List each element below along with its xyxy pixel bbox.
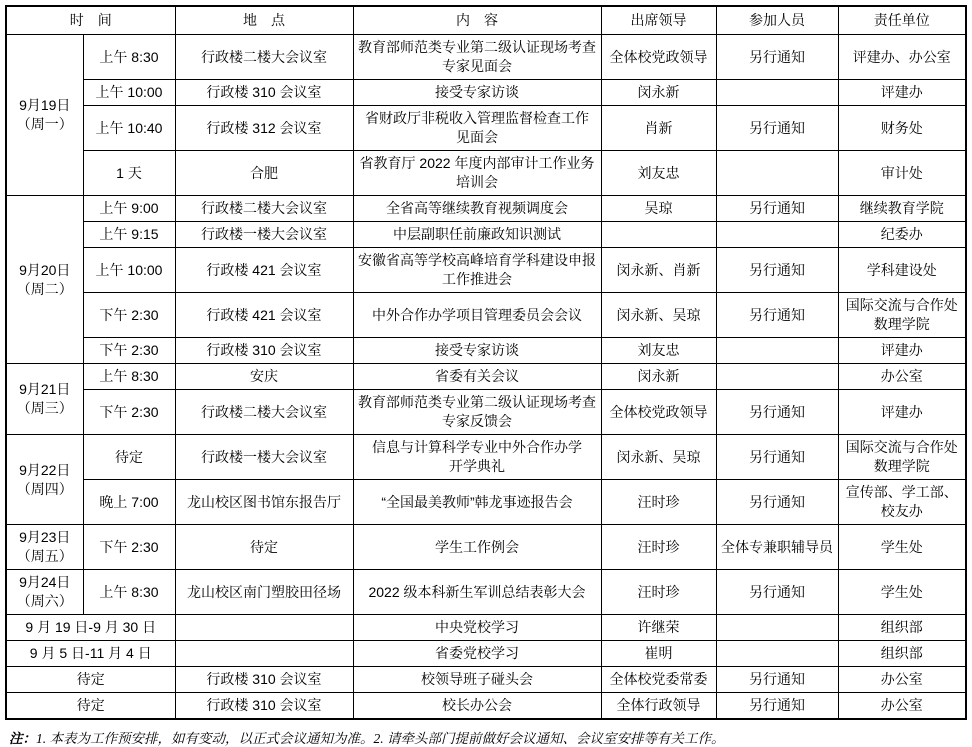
cell-time: 下午 2:30 <box>83 390 175 435</box>
cell-date: 9月20日 （周二） <box>6 196 83 364</box>
cell-place: 行政楼 312 会议室 <box>175 106 353 151</box>
cell-date: 9月21日 （周三） <box>6 364 83 435</box>
cell-place: 行政楼一楼大会议室 <box>175 222 353 248</box>
cell-content: “全国最美教师”韩龙事迹报告会 <box>353 480 601 525</box>
table-row: 下午 2:30 行政楼 421 会议室 中外合作办学项目管理委员会会议 闵永新、… <box>6 293 966 338</box>
cell-time: 下午 2:30 <box>83 293 175 338</box>
cell-unit: 学科建设处 <box>838 248 966 293</box>
table-row: 1 天 合肥 省教育厅 2022 年度内部审计工作业务 培训会 刘友忠 审计处 <box>6 151 966 196</box>
cell-place <box>175 641 353 667</box>
cell-date: 9月23日 （周五） <box>6 525 83 570</box>
col-header-participants: 参加人员 <box>716 6 838 35</box>
cell-content: 省委党校学习 <box>353 641 601 667</box>
cell-participants <box>716 641 838 667</box>
cell-participants: 另行通知 <box>716 390 838 435</box>
cell-content: 安徽省高等学校高峰培育学科建设申报 工作推进会 <box>353 248 601 293</box>
cell-leader: 全体校党委常委 <box>601 667 716 693</box>
cell-leader: 全体行政领导 <box>601 693 716 720</box>
cell-unit: 审计处 <box>838 151 966 196</box>
cell-place: 行政楼二楼大会议室 <box>175 196 353 222</box>
cell-unit: 国际交流与合作处 数理学院 <box>838 435 966 480</box>
cell-time: 晚上 7:00 <box>83 480 175 525</box>
table-row: 上午 9:15 行政楼一楼大会议室 中层副职任前廉政知识测试 纪委办 <box>6 222 966 248</box>
cell-place: 行政楼一楼大会议室 <box>175 435 353 480</box>
cell-timespan: 待定 <box>6 667 175 693</box>
cell-place: 安庆 <box>175 364 353 390</box>
cell-participants: 另行通知 <box>716 435 838 480</box>
cell-participants: 另行通知 <box>716 196 838 222</box>
cell-unit: 办公室 <box>838 667 966 693</box>
cell-unit: 评建办 <box>838 338 966 364</box>
cell-content: 学生工作例会 <box>353 525 601 570</box>
cell-unit: 评建办 <box>838 80 966 106</box>
cell-unit: 评建办 <box>838 390 966 435</box>
table-row: 上午 10:00 行政楼 421 会议室 安徽省高等学校高峰培育学科建设申报 工… <box>6 248 966 293</box>
table-row: 上午 10:40 行政楼 312 会议室 省财政厅非税收入管理监督检查工作 见面… <box>6 106 966 151</box>
cell-unit: 学生处 <box>838 570 966 615</box>
cell-leader: 闵永新、吴琼 <box>601 435 716 480</box>
cell-unit: 财务处 <box>838 106 966 151</box>
table-row: 9月21日 （周三） 上午 8:30 安庆 省委有关会议 闵永新 办公室 <box>6 364 966 390</box>
schedule-page: 时 间 地 点 内 容 出席领导 参加人员 责任单位 9月19日 （周一） 上午… <box>0 0 972 700</box>
cell-content: 省委有关会议 <box>353 364 601 390</box>
header-row: 时 间 地 点 内 容 出席领导 参加人员 责任单位 <box>6 6 966 35</box>
col-header-leader: 出席领导 <box>601 6 716 35</box>
cell-leader: 刘友忠 <box>601 338 716 364</box>
cell-leader: 闵永新、肖新 <box>601 248 716 293</box>
cell-content: 校长办公会 <box>353 693 601 720</box>
cell-content: 省财政厅非税收入管理监督检查工作 见面会 <box>353 106 601 151</box>
cell-unit: 纪委办 <box>838 222 966 248</box>
footnote: 注：1. 本表为工作预安排，如有变动，以正式会议通知为准。2. 请牵头部门提前做… <box>9 727 968 747</box>
cell-time: 上午 10:40 <box>83 106 175 151</box>
cell-place: 行政楼 310 会议室 <box>175 667 353 693</box>
table-row: 待定 行政楼 310 会议室 校长办公会 全体行政领导 另行通知 办公室 <box>6 693 966 720</box>
table-row: 9 月 19 日-9 月 30 日 中央党校学习 许继荣 组织部 <box>6 615 966 641</box>
cell-time: 上午 10:00 <box>83 248 175 293</box>
cell-participants <box>716 151 838 196</box>
col-header-unit: 责任单位 <box>838 6 966 35</box>
cell-participants: 另行通知 <box>716 667 838 693</box>
cell-leader: 肖新 <box>601 106 716 151</box>
table-row: 下午 2:30 行政楼二楼大会议室 教育部师范类专业第二级认证现场考查 专家反馈… <box>6 390 966 435</box>
cell-place: 行政楼 421 会议室 <box>175 248 353 293</box>
cell-timespan: 9 月 19 日-9 月 30 日 <box>6 615 175 641</box>
cell-participants: 另行通知 <box>716 248 838 293</box>
cell-content: 接受专家访谈 <box>353 338 601 364</box>
cell-content: 2022 级本科新生军训总结表彰大会 <box>353 570 601 615</box>
cell-place: 行政楼 421 会议室 <box>175 293 353 338</box>
cell-place: 行政楼二楼大会议室 <box>175 390 353 435</box>
cell-participants: 全体专兼职辅导员 <box>716 525 838 570</box>
cell-participants <box>716 615 838 641</box>
cell-unit: 组织部 <box>838 615 966 641</box>
cell-place: 龙山校区图书馆东报告厅 <box>175 480 353 525</box>
table-row: 9月20日 （周二） 上午 9:00 行政楼二楼大会议室 全省高等继续教育视频调… <box>6 196 966 222</box>
cell-leader: 崔明 <box>601 641 716 667</box>
cell-time: 下午 2:30 <box>83 338 175 364</box>
cell-place <box>175 615 353 641</box>
cell-content: 信息与计算科学专业中外合作办学 开学典礼 <box>353 435 601 480</box>
table-row: 待定 行政楼 310 会议室 校领导班子碰头会 全体校党委常委 另行通知 办公室 <box>6 667 966 693</box>
cell-leader: 刘友忠 <box>601 151 716 196</box>
cell-content: 校领导班子碰头会 <box>353 667 601 693</box>
cell-unit: 办公室 <box>838 693 966 720</box>
table-row: 晚上 7:00 龙山校区图书馆东报告厅 “全国最美教师”韩龙事迹报告会 汪时珍 … <box>6 480 966 525</box>
weekly-schedule-table: 时 间 地 点 内 容 出席领导 参加人员 责任单位 9月19日 （周一） 上午… <box>5 5 967 720</box>
cell-content: 全省高等继续教育视频调度会 <box>353 196 601 222</box>
cell-leader <box>601 222 716 248</box>
cell-participants: 另行通知 <box>716 106 838 151</box>
cell-unit: 学生处 <box>838 525 966 570</box>
cell-content: 接受专家访谈 <box>353 80 601 106</box>
cell-time: 下午 2:30 <box>83 525 175 570</box>
cell-time: 上午 8:30 <box>83 364 175 390</box>
cell-date: 9月24日 （周六） <box>6 570 83 615</box>
cell-leader: 许继荣 <box>601 615 716 641</box>
cell-content: 省教育厅 2022 年度内部审计工作业务 培训会 <box>353 151 601 196</box>
cell-unit: 办公室 <box>838 364 966 390</box>
cell-participants: 另行通知 <box>716 293 838 338</box>
table-row: 9月24日 （周六） 上午 8:30 龙山校区南门塑胶田径场 2022 级本科新… <box>6 570 966 615</box>
cell-leader: 全体校党政领导 <box>601 390 716 435</box>
cell-place: 行政楼 310 会议室 <box>175 338 353 364</box>
cell-place: 待定 <box>175 525 353 570</box>
table-row: 9月19日 （周一） 上午 8:30 行政楼二楼大会议室 教育部师范类专业第二级… <box>6 35 966 80</box>
table-row: 9月23日 （周五） 下午 2:30 待定 学生工作例会 汪时珍 全体专兼职辅导… <box>6 525 966 570</box>
table-row: 9月22日 （周四） 待定 行政楼一楼大会议室 信息与计算科学专业中外合作办学 … <box>6 435 966 480</box>
cell-unit: 宣传部、学工部、 校友办 <box>838 480 966 525</box>
col-header-time: 时 间 <box>6 6 175 35</box>
cell-time: 上午 8:30 <box>83 35 175 80</box>
cell-participants <box>716 364 838 390</box>
cell-unit: 继续教育学院 <box>838 196 966 222</box>
cell-participants <box>716 222 838 248</box>
cell-content: 中外合作办学项目管理委员会会议 <box>353 293 601 338</box>
cell-participants: 另行通知 <box>716 570 838 615</box>
cell-content: 教育部师范类专业第二级认证现场考查 专家反馈会 <box>353 390 601 435</box>
cell-unit: 评建办、办公室 <box>838 35 966 80</box>
cell-leader: 全体校党政领导 <box>601 35 716 80</box>
table-row: 9 月 5 日-11 月 4 日 省委党校学习 崔明 组织部 <box>6 641 966 667</box>
cell-time: 待定 <box>83 435 175 480</box>
cell-timespan: 待定 <box>6 693 175 720</box>
cell-place: 合肥 <box>175 151 353 196</box>
footnote-label: 注： <box>9 731 36 746</box>
cell-unit: 国际交流与合作处 数理学院 <box>838 293 966 338</box>
footnote-text: 1. 本表为工作预安排，如有变动，以正式会议通知为准。2. 请牵头部门提前做好会… <box>36 731 725 746</box>
table-row: 下午 2:30 行政楼 310 会议室 接受专家访谈 刘友忠 评建办 <box>6 338 966 364</box>
cell-participants: 另行通知 <box>716 693 838 720</box>
cell-time: 上午 8:30 <box>83 570 175 615</box>
cell-leader: 闵永新、吴琼 <box>601 293 716 338</box>
cell-unit: 组织部 <box>838 641 966 667</box>
cell-place: 行政楼 310 会议室 <box>175 693 353 720</box>
cell-time: 1 天 <box>83 151 175 196</box>
cell-participants: 另行通知 <box>716 35 838 80</box>
cell-leader: 汪时珍 <box>601 480 716 525</box>
cell-place: 龙山校区南门塑胶田径场 <box>175 570 353 615</box>
cell-date: 9月22日 （周四） <box>6 435 83 525</box>
cell-timespan: 9 月 5 日-11 月 4 日 <box>6 641 175 667</box>
cell-leader: 闵永新 <box>601 80 716 106</box>
cell-participants <box>716 80 838 106</box>
cell-leader: 汪时珍 <box>601 525 716 570</box>
cell-content: 中层副职任前廉政知识测试 <box>353 222 601 248</box>
cell-participants: 另行通知 <box>716 480 838 525</box>
cell-content: 中央党校学习 <box>353 615 601 641</box>
cell-place: 行政楼二楼大会议室 <box>175 35 353 80</box>
cell-leader: 闵永新 <box>601 364 716 390</box>
cell-date: 9月19日 （周一） <box>6 35 83 196</box>
cell-time: 上午 9:15 <box>83 222 175 248</box>
cell-time: 上午 9:00 <box>83 196 175 222</box>
cell-content: 教育部师范类专业第二级认证现场考查 专家见面会 <box>353 35 601 80</box>
col-header-place: 地 点 <box>175 6 353 35</box>
table-row: 上午 10:00 行政楼 310 会议室 接受专家访谈 闵永新 评建办 <box>6 80 966 106</box>
cell-participants <box>716 338 838 364</box>
col-header-content: 内 容 <box>353 6 601 35</box>
cell-time: 上午 10:00 <box>83 80 175 106</box>
cell-leader: 汪时珍 <box>601 570 716 615</box>
cell-place: 行政楼 310 会议室 <box>175 80 353 106</box>
cell-leader: 吴琼 <box>601 196 716 222</box>
